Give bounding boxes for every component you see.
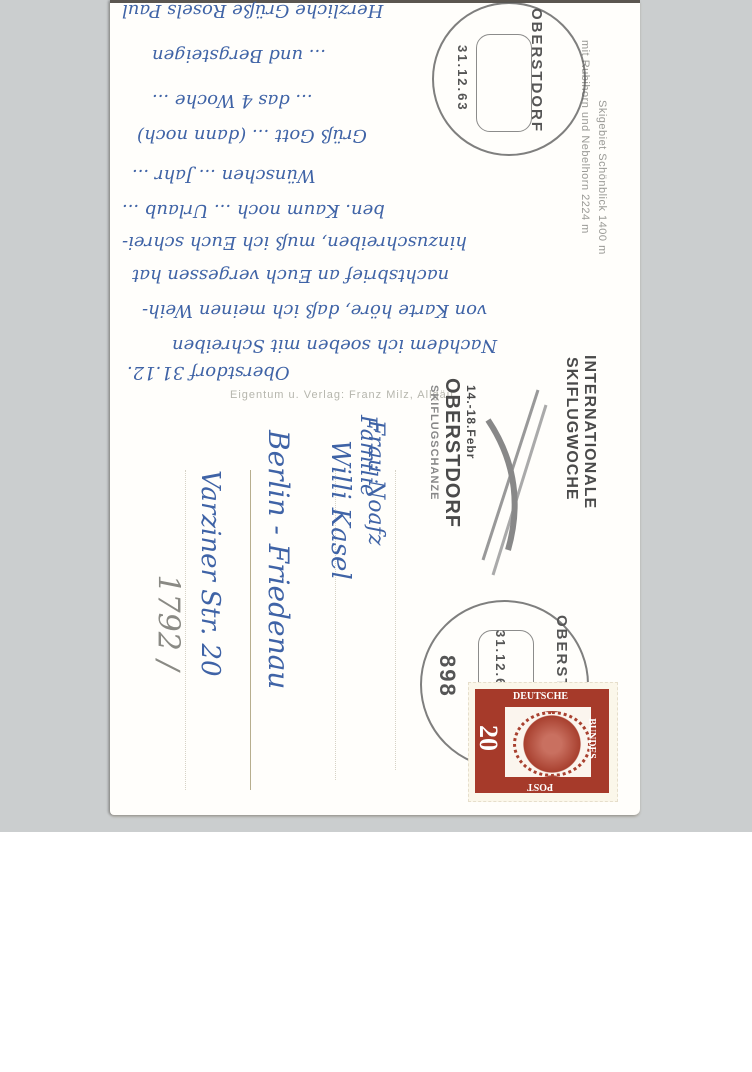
- pencil-note: 1792 /: [151, 575, 186, 671]
- address-line1: Familie: [355, 415, 380, 497]
- message-line: ben. Kaum noch ... Urlaub ...: [122, 200, 385, 221]
- message-line: Herzliche Grüße Rosels Paul: [122, 0, 383, 21]
- message-line: nachtsbrief an Euch vergessen hat: [132, 265, 449, 286]
- postage-stamp: DEUTSCHE BUNDES POST 20: [468, 682, 618, 802]
- address-line3: Berlin - Friedenau: [262, 430, 295, 689]
- message-line: Nachdem ich soeben mit Schreiben: [172, 335, 497, 356]
- address-line2: Willi Kasel: [325, 440, 355, 580]
- ski-jumper-icon: [468, 380, 548, 580]
- slogan-town: OBERSTDORF: [440, 378, 463, 528]
- seal-emblem-icon: [513, 711, 591, 777]
- address-line: [250, 470, 251, 790]
- stamp-country-bottom: POST: [527, 781, 553, 792]
- stamp-country-top: DEUTSCHE: [513, 691, 568, 702]
- message-line: ... das 4 Woche ...: [152, 90, 313, 111]
- message-line: Grüß Gott ... (dann noch): [137, 125, 367, 146]
- address-dotline: [395, 470, 397, 770]
- message-area: Herzliche Grüße Rosels Paul ... und Berg…: [112, 0, 592, 395]
- printed-caption: Skigebiet Schönblick 1400 m: [596, 100, 608, 255]
- stamp-country-side: BUNDES: [586, 718, 597, 759]
- stamp-value: 20: [473, 725, 503, 751]
- postmark-bottom-postcode: 898: [434, 655, 460, 698]
- message-line: hinzuschreiben, muß ich Euch schrei-: [122, 232, 467, 253]
- message-line: ... und Bergsteigen: [152, 45, 326, 66]
- message-line: Wünschen ... Jahr ...: [132, 165, 316, 186]
- slogan-subline: SKIFLUGSCHANZE: [428, 385, 440, 500]
- address-line4: Varziner Str. 20: [195, 470, 225, 677]
- message-line: von Karte höre, daß ich meinen Weih-: [142, 300, 487, 321]
- message-salutation: Oberstdorf 31.12.: [127, 362, 290, 383]
